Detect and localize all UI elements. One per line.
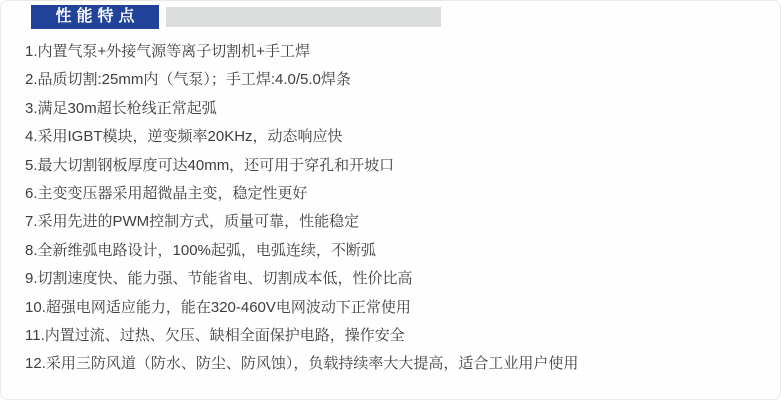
feature-item: 7.采用先进的PWM控制方式，质量可靠，性能稳定 (25, 208, 770, 236)
feature-item: 3.满足30m超长枪线正常起弧 (25, 95, 770, 123)
feature-item: 8.全新维弧电路设计，100%起弧，电弧连续，不断弧 (25, 237, 770, 265)
section-title-badge: 性能特点 (31, 5, 159, 29)
feature-item: 9.切割速度快、能力强、节能省电、切割成本低，性价比高 (25, 265, 770, 293)
feature-item: 1.内置气泵+外接气源等离子切割机+手工焊 (25, 38, 770, 66)
feature-item: 2.品质切割:25mm内（气泵）；手工焊:4.0/5.0焊条 (25, 66, 770, 94)
feature-item: 10.超强电网适应能力，能在320-460V电网波动下正常使用 (25, 294, 770, 322)
feature-item: 11.内置过流、过热、欠压、缺相全面保护电路，操作安全 (25, 322, 770, 350)
section-title: 性能特点 (50, 9, 139, 25)
header-decorative-bar (166, 7, 441, 27)
feature-item: 4.采用IGBT模块，逆变频率20KHz，动态响应快 (25, 123, 770, 151)
feature-item: 6.主变变压器采用超微晶主变，稳定性更好 (25, 180, 770, 208)
feature-item: 5.最大切割钢板厚度可达40mm，还可用于穿孔和开坡口 (25, 152, 770, 180)
feature-list: 1.内置气泵+外接气源等离子切割机+手工焊2.品质切割:25mm内（气泵）；手工… (25, 38, 770, 379)
product-features-card: 性能特点 1.内置气泵+外接气源等离子切割机+手工焊2.品质切割:25mm内（气… (0, 0, 781, 400)
feature-item: 12.采用三防风道（防水、防尘、防风蚀），负载持续率大大提高，适合工业用户使用 (25, 350, 770, 378)
